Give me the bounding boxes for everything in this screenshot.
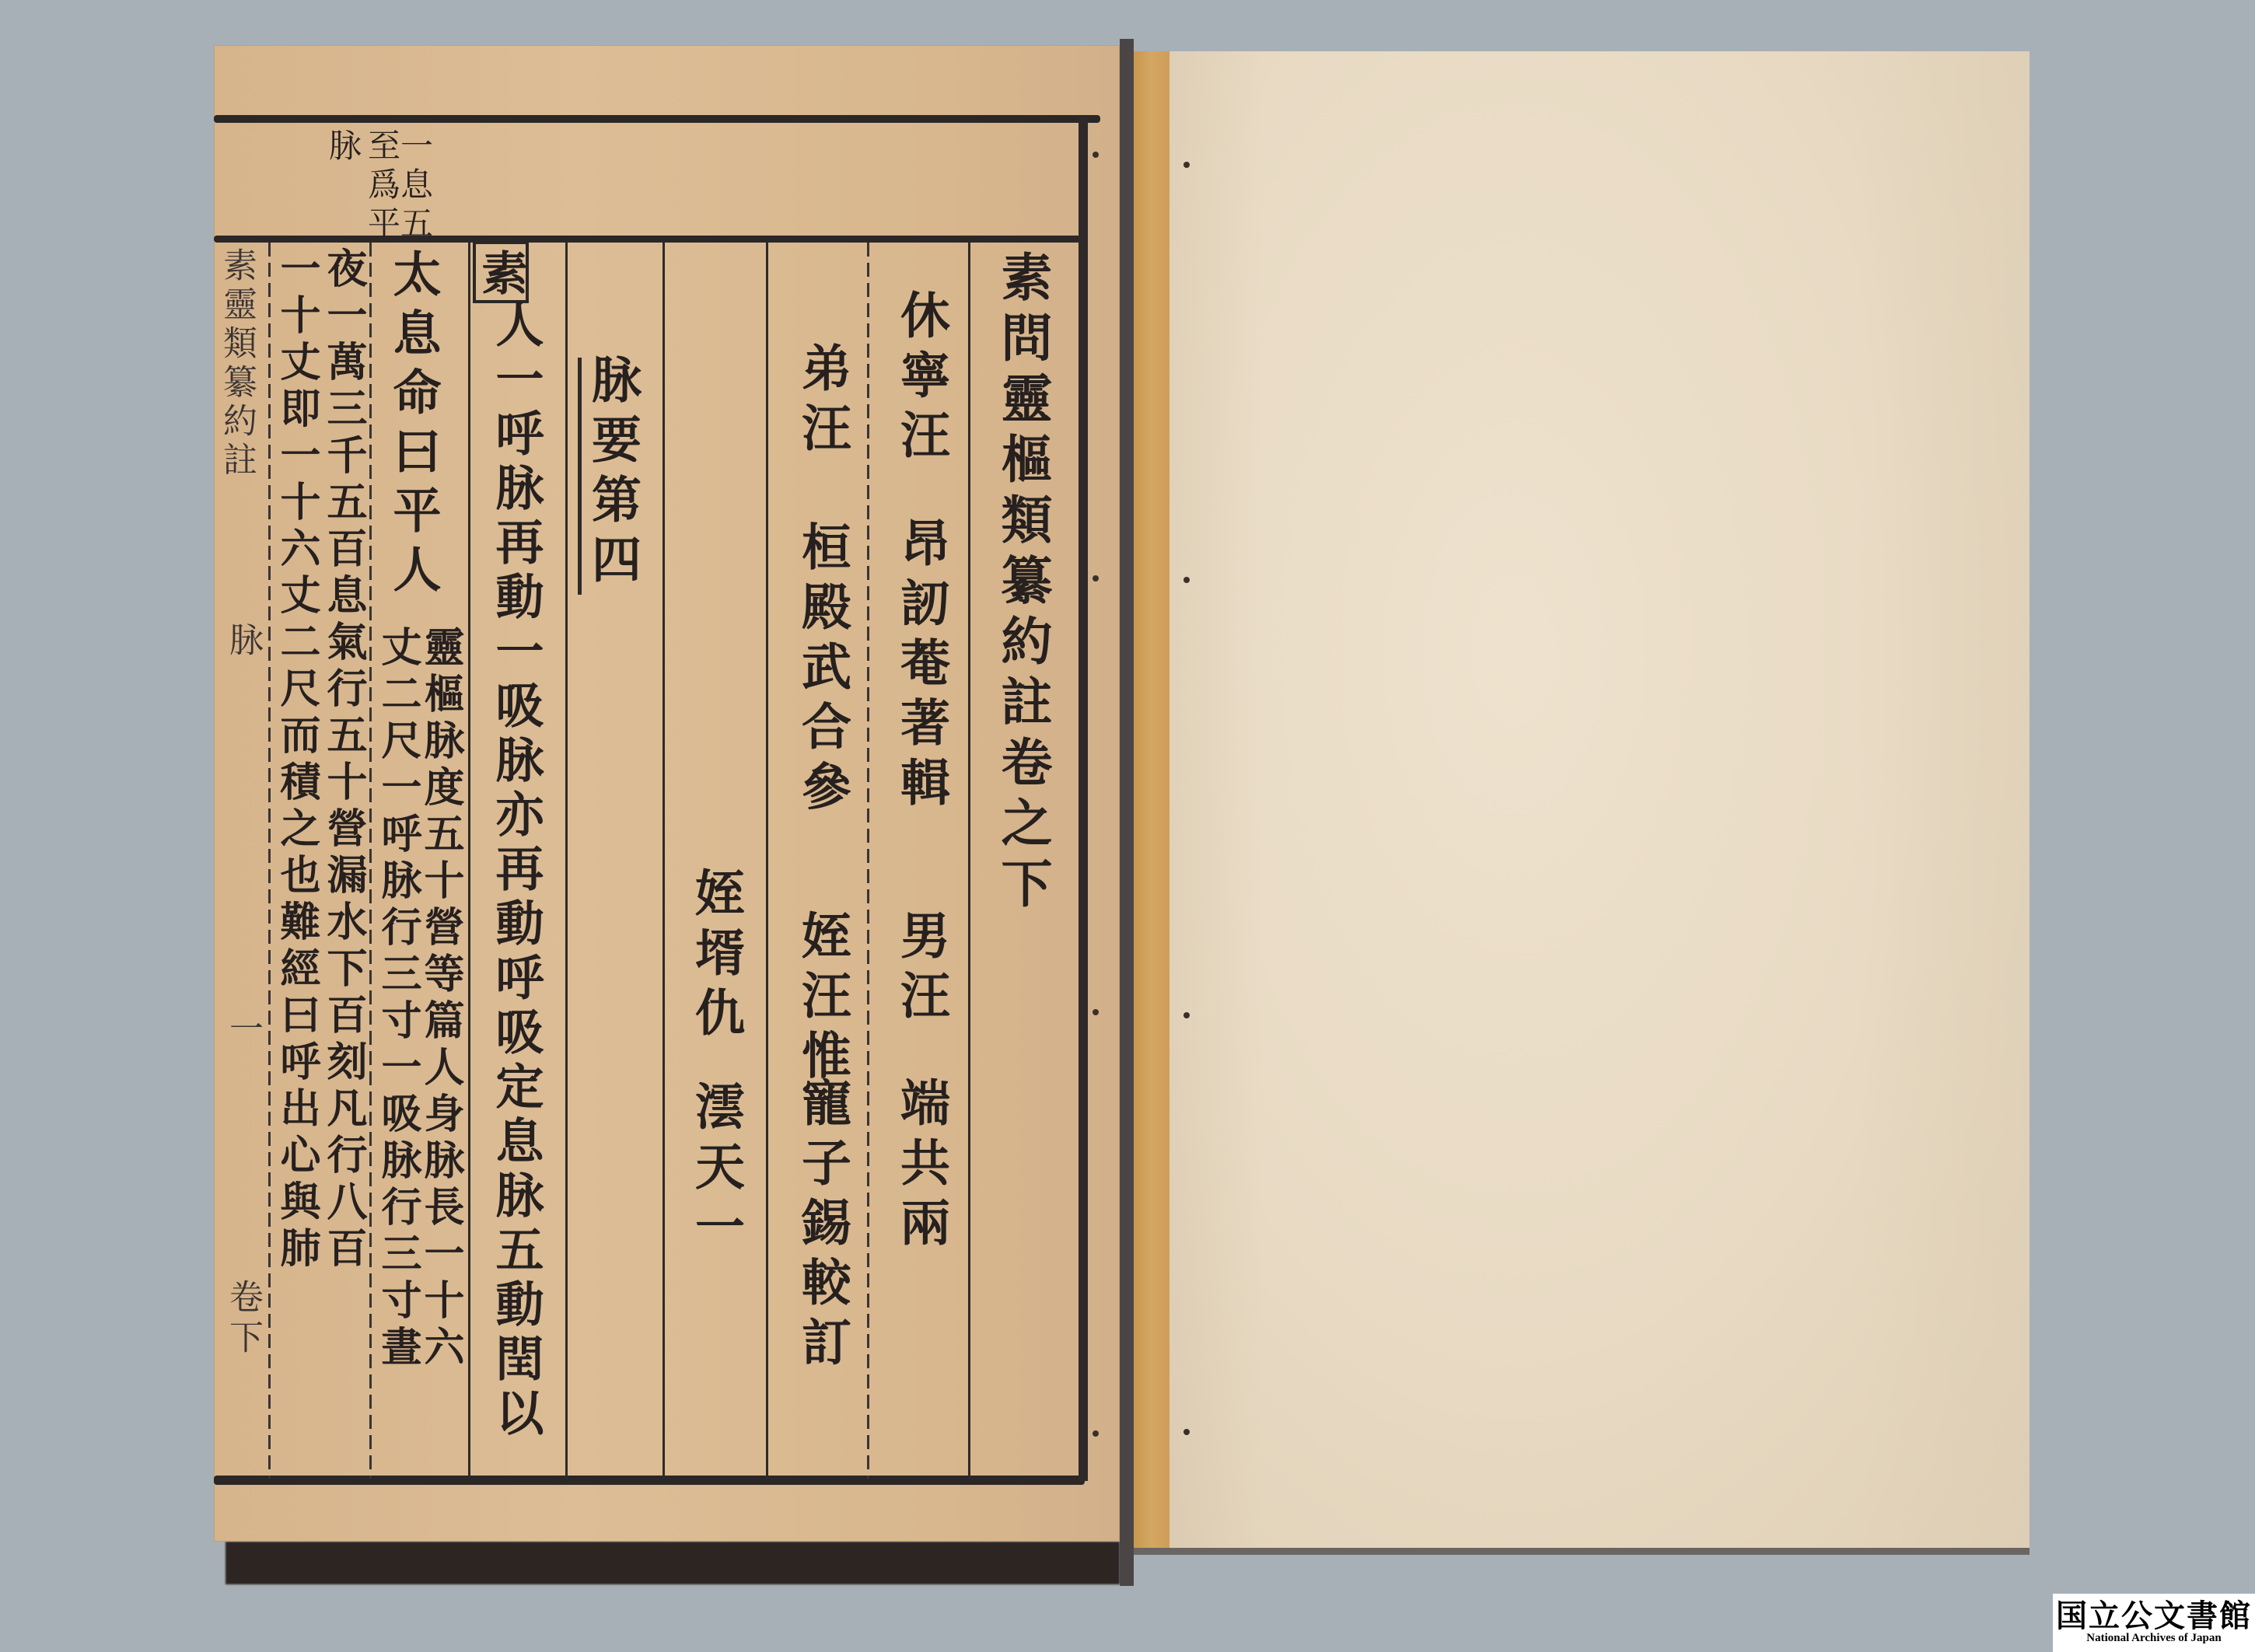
stab-hole xyxy=(1093,152,1099,158)
right-page-shadow xyxy=(1134,1547,2030,1555)
fore-edge-title: 素靈類纂約註 xyxy=(219,247,253,480)
stab-hole xyxy=(1093,1009,1099,1015)
text-column-1: 人一呼脉再動一吸脉亦再動呼吸定息脉五動閏以 xyxy=(491,299,540,1442)
fore-edge-page-number: 一 xyxy=(226,1011,260,1051)
column-divider xyxy=(663,243,665,1479)
author-2-brother-name: 桓殿武合參 xyxy=(797,521,847,820)
national-archives-logo: 国立公文書館 National Archives of Japan xyxy=(2053,1594,2255,1652)
author-3-name: 澐天一 xyxy=(690,1081,740,1260)
header-note-2: 至爲平 xyxy=(365,128,398,245)
right-page-fold-shade xyxy=(1169,51,1263,1548)
book-block-shadow xyxy=(226,1542,1120,1584)
author-2-nephew: 姪汪惟 xyxy=(797,910,847,1089)
source-marker-box: 素 xyxy=(473,241,529,303)
right-page-edge-shade xyxy=(1858,51,2030,1548)
column-divider xyxy=(468,243,470,1479)
author-1-son-name: 端共兩 xyxy=(896,1077,946,1256)
author-2-nephew-name: 寵子錫較訂 xyxy=(797,1077,847,1376)
author-3-nephew-in-law: 姪壻仇 xyxy=(690,867,740,1046)
author-1-name-role: 昂訒菴著輯 xyxy=(896,517,946,816)
text-column-3-right: 夜一萬三千五百息氣行五十營漏水下百刻凡行八百 xyxy=(323,247,363,1273)
chapter-heading: 脉要第四 xyxy=(587,354,637,593)
fore-edge-section: 脉 xyxy=(226,622,260,662)
column-divider xyxy=(766,243,768,1479)
header-note-3: 脉 xyxy=(327,128,359,167)
heading-side-rule xyxy=(578,358,582,595)
spine-gap xyxy=(1120,39,1134,1586)
text-column-2b-right: 靈樞脉度五十營等篇人身脉長一十六 xyxy=(420,626,460,1372)
fore-edge-volume: 卷下 xyxy=(226,1279,260,1360)
column-divider xyxy=(369,243,372,1479)
column-divider xyxy=(867,243,869,1479)
author-2-brother: 弟汪 xyxy=(797,342,847,462)
stab-hole xyxy=(1093,575,1099,582)
header-note-1: 一息五 xyxy=(398,128,431,245)
binding-strip xyxy=(1134,51,1169,1548)
logo-english-text: National Archives of Japan xyxy=(2086,1632,2222,1645)
text-column-2a: 太息命曰平人 xyxy=(389,249,437,603)
book-title: 素問靈樞類纂約註卷之下 xyxy=(997,250,1048,917)
column-divider xyxy=(968,243,970,1479)
stab-hole xyxy=(1183,162,1190,168)
top-border-line xyxy=(214,115,1100,123)
column-divider xyxy=(268,243,271,1479)
author-1-place-surname: 休寧汪 xyxy=(896,289,946,469)
bottom-border-line xyxy=(214,1476,1085,1485)
stab-hole xyxy=(1183,1012,1190,1018)
author-1-son: 男汪 xyxy=(896,910,946,1029)
stab-hole xyxy=(1183,577,1190,583)
stab-hole xyxy=(1093,1430,1099,1437)
right-border-line xyxy=(1079,117,1088,1481)
stab-hole xyxy=(1183,1429,1190,1435)
text-column-2b-left: 丈二尺一呼脉行三寸一吸脉行三寸晝 xyxy=(377,626,418,1372)
text-column-3-left: 一十丈即一十六丈二尺而積之也難經曰呼出心與肺 xyxy=(276,247,316,1273)
header-divider-line xyxy=(214,236,1081,243)
column-divider xyxy=(565,243,568,1479)
logo-japanese-text: 国立公文書館 xyxy=(2056,1601,2252,1632)
